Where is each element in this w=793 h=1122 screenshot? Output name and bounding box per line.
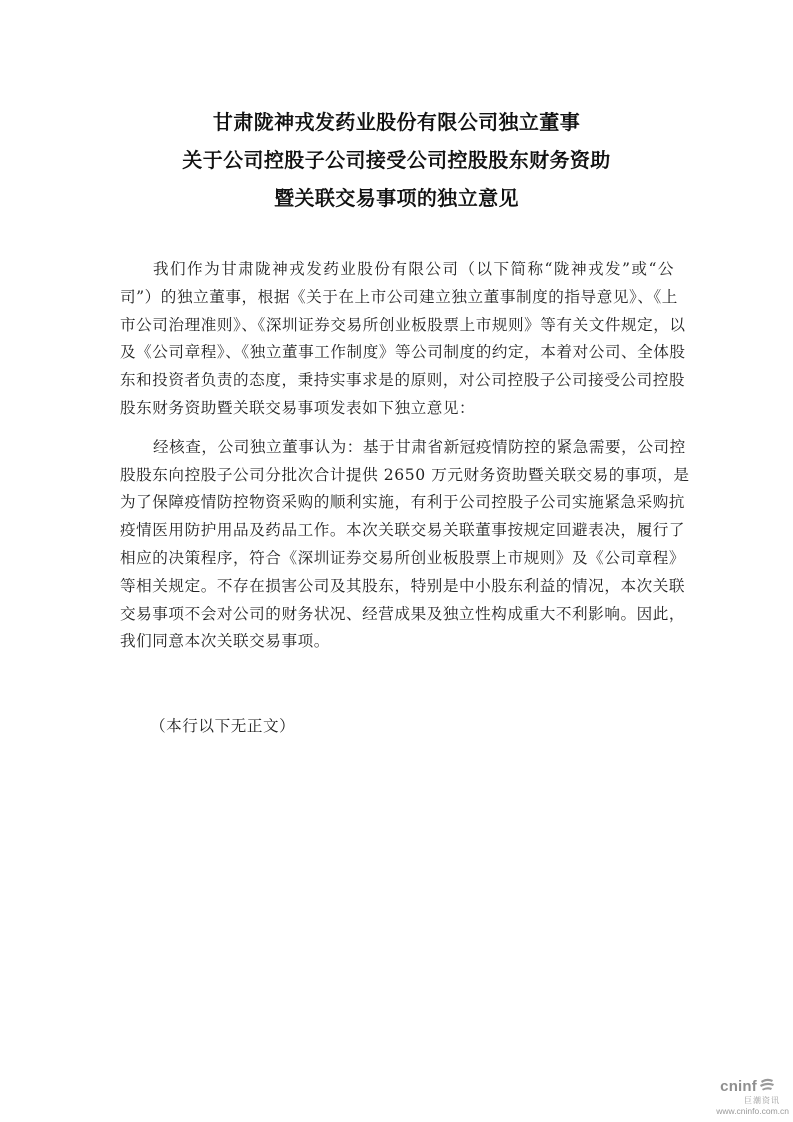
cninfo-swirl-logo-icon bbox=[759, 1077, 775, 1096]
watermark-brand: cninf bbox=[720, 1079, 757, 1094]
text-line: 疫情医用防护用品及药品工作。本次关联交易关联董事按规定回避表决，履行了 bbox=[120, 517, 674, 545]
watermark-url: www.cninfo.com.cn bbox=[709, 1106, 789, 1116]
document-page: 甘肃陇神戎发药业股份有限公司独立董事 关于公司控股子公司接受公司控股股东财务资助… bbox=[0, 0, 793, 1122]
title-line-1: 甘肃陇神戎发药业股份有限公司独立董事 bbox=[0, 103, 793, 141]
text-line: 股股东向控股子公司分批次合计提供 2650 万元财务资助暨关联交易的事项，是 bbox=[120, 462, 674, 490]
paragraph-1: 我们作为甘肃陇神戎发药业股份有限公司（以下简称“陇神戎发”或“公 司”）的独立董… bbox=[120, 256, 674, 423]
end-of-text-note: （本行以下无正文） bbox=[150, 712, 295, 740]
text-line: 经核查，公司独立董事认为：基于甘肃省新冠疫情防控的紧急需要，公司控 bbox=[120, 434, 674, 462]
cninfo-watermark: cninf 巨潮资讯 www.cninfo.com.cn bbox=[709, 1077, 789, 1116]
text-line: 相应的决策程序，符合《深圳证券交易所创业板股票上市规则》及《公司章程》 bbox=[120, 545, 674, 573]
text-line: 我们作为甘肃陇神戎发药业股份有限公司（以下简称“陇神戎发”或“公 bbox=[120, 256, 674, 284]
text-line: 我们同意本次关联交易事项。 bbox=[120, 628, 674, 656]
watermark-chinese-name: 巨潮资讯 bbox=[709, 1096, 789, 1106]
text-line: 交易事项不会对公司的财务状况、经营成果及独立性构成重大不利影响。因此， bbox=[120, 601, 674, 629]
text-line: 及《公司章程》、《独立董事工作制度》等公司制度的约定，本着对公司、全体股 bbox=[120, 339, 674, 367]
text-line: 东和投资者负责的态度，秉持实事求是的原则，对公司控股子公司接受公司控股 bbox=[120, 367, 674, 395]
title-line-3: 暨关联交易事项的独立意见 bbox=[0, 179, 793, 217]
text-line: 司”）的独立董事，根据《关于在上市公司建立独立董事制度的指导意见》、《上 bbox=[120, 284, 674, 312]
text-line: 为了保障疫情防控物资采购的顺利实施，有利于公司控股子公司实施紧急采购抗 bbox=[120, 489, 674, 517]
document-body: 我们作为甘肃陇神戎发药业股份有限公司（以下简称“陇神戎发”或“公 司”）的独立董… bbox=[120, 256, 674, 667]
text-line: 股东财务资助暨关联交易事项发表如下独立意见： bbox=[120, 395, 674, 423]
watermark-logo: cninf bbox=[709, 1077, 789, 1096]
title-line-2: 关于公司控股子公司接受公司控股股东财务资助 bbox=[0, 141, 793, 179]
text-line: 等相关规定。不存在损害公司及其股东，特别是中小股东利益的情况，本次关联 bbox=[120, 573, 674, 601]
paragraph-2: 经核查，公司独立董事认为：基于甘肃省新冠疫情防控的紧急需要，公司控 股股东向控股… bbox=[120, 434, 674, 656]
document-title: 甘肃陇神戎发药业股份有限公司独立董事 关于公司控股子公司接受公司控股股东财务资助… bbox=[0, 103, 793, 217]
text-line: 市公司治理准则》、《深圳证券交易所创业板股票上市规则》等有关文件规定，以 bbox=[120, 312, 674, 340]
